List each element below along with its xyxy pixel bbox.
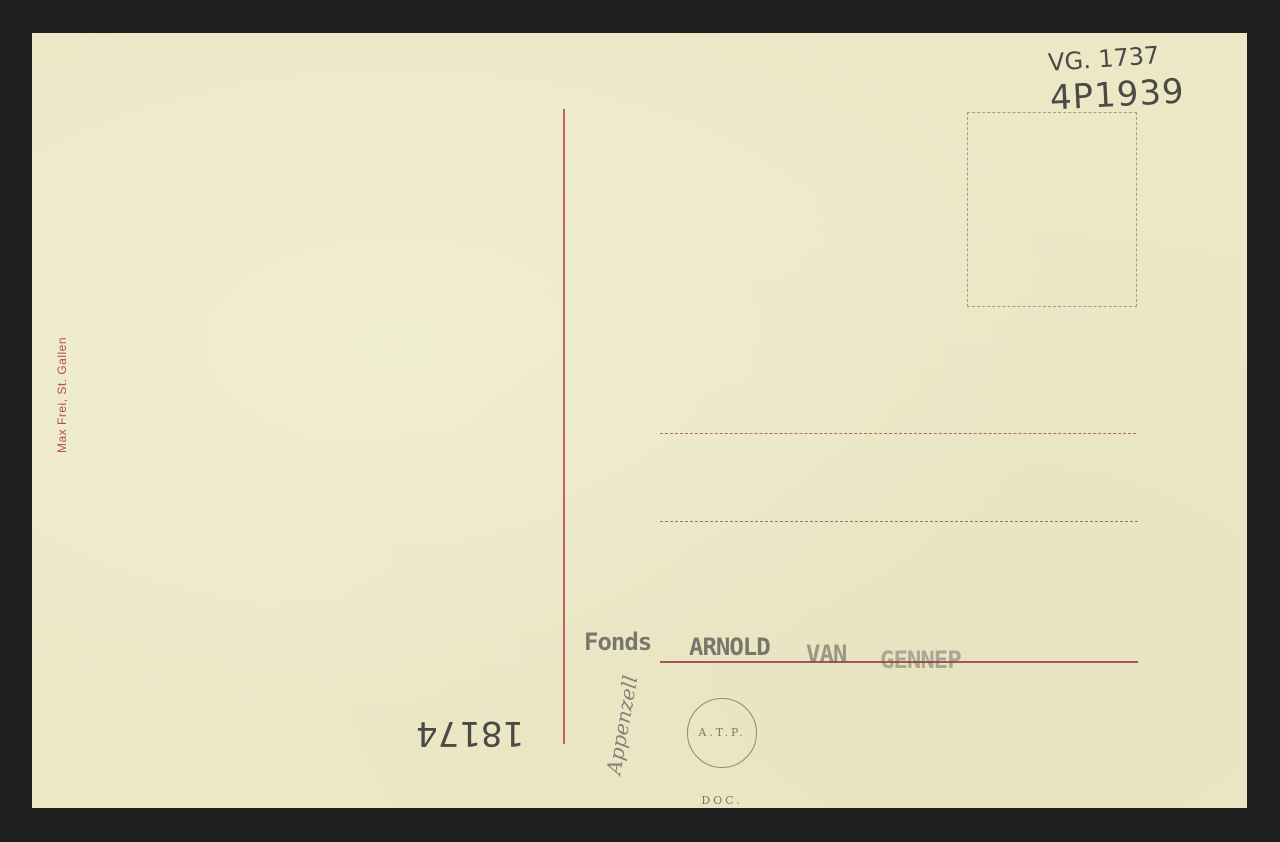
address-line-1: [660, 433, 1136, 434]
postcard-back: Max Frei, St. Gallen VG. 1737 4P1939 181…: [32, 33, 1247, 808]
center-divider-line: [563, 109, 565, 744]
place-name-annotation: Appenzell: [601, 674, 642, 777]
stamp-word-arnold: ARNOLD: [689, 633, 770, 661]
inventory-code-annotation: 4P1939: [1049, 72, 1186, 119]
circular-atp-stamp: A.T.P. DOC.: [687, 698, 757, 768]
circular-stamp-text: A.T.P. DOC.: [688, 699, 756, 767]
publisher-imprint: Max Frei, St. Gallen: [55, 337, 69, 453]
inventory-annotation-top: VG. 1737: [1047, 41, 1160, 77]
stamp-word-van: VAN: [806, 640, 846, 668]
stamp-word-fonds: Fonds: [584, 628, 651, 656]
stamp-placeholder-box: [967, 112, 1137, 307]
stamp-word-gennep: GENNEP: [880, 646, 961, 674]
address-line-2: [660, 521, 1138, 522]
upside-down-number-annotation: 18174: [416, 713, 524, 753]
